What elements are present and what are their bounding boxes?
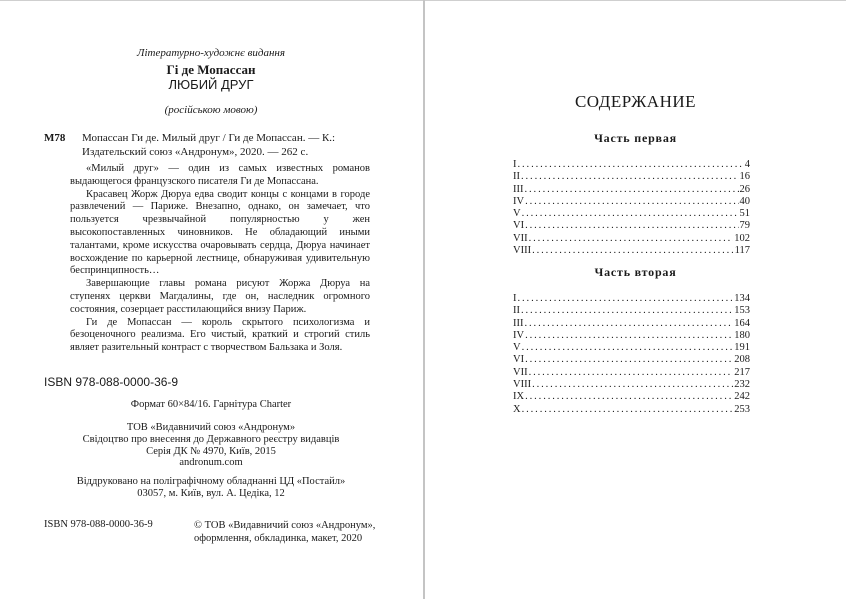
page-number: 79: [740, 220, 751, 232]
chapter-number: VI: [513, 354, 524, 366]
annotation-paragraph: Завершающие главы романа рисуют Жоржа Дю…: [70, 278, 370, 316]
chapter-number: IX: [513, 391, 524, 403]
copyright-line: © ТОВ «Видавничий союз «Андронум»,: [194, 519, 375, 532]
toc-entry: I.......................................…: [513, 159, 750, 171]
dot-leader: ........................................…: [532, 245, 734, 257]
page-number: 4: [745, 159, 750, 171]
dot-leader: ........................................…: [525, 318, 734, 330]
annotation-paragraph: Ги де Мопассан — король скрытого психоло…: [70, 317, 370, 355]
chapter-number: III: [513, 184, 524, 196]
page-number: 180: [734, 330, 750, 342]
copyright-line: оформлення, обкладинка, макет, 2020: [194, 532, 375, 545]
dot-leader: ........................................…: [518, 293, 734, 305]
page-number: 164: [734, 318, 750, 330]
toc-entry: VI......................................…: [513, 220, 750, 232]
contents-page: СОДЕРЖАНИЕ Часть первая I...............…: [425, 0, 846, 599]
page-number: 191: [734, 342, 750, 354]
chapter-number: V: [513, 342, 521, 354]
page-number: 117: [735, 245, 750, 257]
page-number: 153: [734, 305, 750, 317]
chapter-number: III: [513, 318, 524, 330]
page-number: 208: [734, 354, 750, 366]
toc-entry: II......................................…: [513, 305, 750, 317]
dot-leader: ........................................…: [522, 208, 739, 220]
toc-list-part-2: I.......................................…: [513, 293, 750, 416]
page-number: 51: [740, 208, 751, 220]
chapter-number: VIII: [513, 245, 531, 257]
library-code: М78: [44, 131, 65, 145]
part-title: Часть вторая: [425, 265, 846, 280]
dot-leader: ........................................…: [525, 184, 739, 196]
toc-entry: IX......................................…: [513, 391, 750, 403]
toc-entry: II......................................…: [513, 171, 750, 183]
publisher-imprint: ТОВ «Видавничий союз «Андронум» Свідоцтв…: [0, 422, 422, 469]
book-title: ЛЮБИЙ ДРУГ: [0, 77, 422, 92]
toc-entry: VI......................................…: [513, 354, 750, 366]
dot-leader: ........................................…: [522, 342, 734, 354]
page-number: 134: [734, 293, 750, 305]
annotation: «Милый друг» — один из самых известных р…: [70, 163, 370, 355]
imprint-page: Літературно-художнє видання Гі де Мопасс…: [0, 0, 422, 599]
isbn-main: ISBN 978-088-0000-36-9: [44, 375, 178, 389]
chapter-number: I: [513, 159, 517, 171]
isbn-bottom: ISBN 978-088-0000-36-9: [44, 519, 153, 530]
chapter-number: X: [513, 404, 521, 416]
dot-leader: ........................................…: [525, 330, 733, 342]
chapter-number: I: [513, 293, 517, 305]
toc-entry: V.......................................…: [513, 342, 750, 354]
toc-entry: IV......................................…: [513, 196, 750, 208]
chapter-number: II: [513, 171, 520, 183]
page-number: 26: [740, 184, 751, 196]
dot-leader: ........................................…: [521, 171, 739, 183]
toc-entry: X.......................................…: [513, 404, 750, 416]
toc-entry: I.......................................…: [513, 293, 750, 305]
printer-line: 03057, м. Київ, вул. А. Цедіка, 12: [0, 488, 422, 500]
chapter-number: VI: [513, 220, 524, 232]
imprint-line: Серія ДК № 4970, Київ, 2015: [0, 446, 422, 458]
toc-entry: IV......................................…: [513, 330, 750, 342]
copyright-notice: © ТОВ «Видавничий союз «Андронум», оформ…: [194, 519, 375, 545]
printer-info: Віддруковано на поліграфічному обладнанн…: [0, 476, 422, 500]
toc-entry: III.....................................…: [513, 318, 750, 330]
dot-leader: ........................................…: [522, 404, 734, 416]
page-number: 253: [734, 404, 750, 416]
page-number: 16: [740, 171, 751, 183]
toc-list-part-1: I.......................................…: [513, 159, 750, 257]
imprint-line: andronum.com: [0, 457, 422, 469]
page-number: 232: [734, 379, 750, 391]
toc-entry: V.......................................…: [513, 208, 750, 220]
chapter-number: II: [513, 305, 520, 317]
chapter-number: IV: [513, 330, 524, 342]
page-number: 242: [734, 391, 750, 403]
bibliographic-record: М78 Мопассан Ги де. Милый друг / Ги де М…: [44, 131, 379, 159]
imprint-line: Свідоцтво про внесення до Державного реє…: [0, 434, 422, 446]
dot-leader: ........................................…: [525, 196, 738, 208]
printer-line: Віддруковано на поліграфічному обладнанн…: [0, 476, 422, 488]
toc-entry: III.....................................…: [513, 184, 750, 196]
annotation-paragraph: «Милый друг» — один из самых известных р…: [70, 163, 370, 189]
dot-leader: ........................................…: [525, 354, 733, 366]
language-note: (російською мовою): [0, 104, 422, 116]
toc-entry: VII.....................................…: [513, 367, 750, 379]
annotation-paragraph: Красавец Жорж Дюруа едва сводит концы с …: [70, 189, 370, 279]
page-number: 40: [740, 196, 751, 208]
toc-entry: VIII....................................…: [513, 379, 750, 391]
page-number: 102: [734, 233, 750, 245]
dot-leader: ........................................…: [521, 305, 733, 317]
part-title: Часть первая: [425, 131, 846, 146]
chapter-number: IV: [513, 196, 524, 208]
dot-leader: ........................................…: [525, 391, 733, 403]
dot-leader: ........................................…: [529, 233, 734, 245]
author-name: Гі де Мопассан: [0, 62, 422, 77]
toc-title: СОДЕРЖАНИЕ: [425, 92, 846, 112]
genre-label: Літературно-художнє видання: [0, 47, 422, 59]
dot-leader: ........................................…: [518, 159, 744, 171]
dot-leader: ........................................…: [525, 220, 738, 232]
chapter-number: V: [513, 208, 521, 220]
toc-entry: VII.....................................…: [513, 233, 750, 245]
dot-leader: ........................................…: [532, 379, 733, 391]
page-number: 217: [734, 367, 750, 379]
chapter-number: VII: [513, 233, 528, 245]
dot-leader: ........................................…: [529, 367, 734, 379]
imprint-line: ТОВ «Видавничий союз «Андронум»: [0, 422, 422, 434]
toc-entry: VIII....................................…: [513, 245, 750, 257]
format-line: Формат 60×84/16. Гарнітура Charter: [0, 399, 422, 410]
bibliographic-description: Мопассан Ги де. Милый друг / Ги де Мопас…: [82, 131, 379, 159]
chapter-number: VII: [513, 367, 528, 379]
chapter-number: VIII: [513, 379, 531, 391]
